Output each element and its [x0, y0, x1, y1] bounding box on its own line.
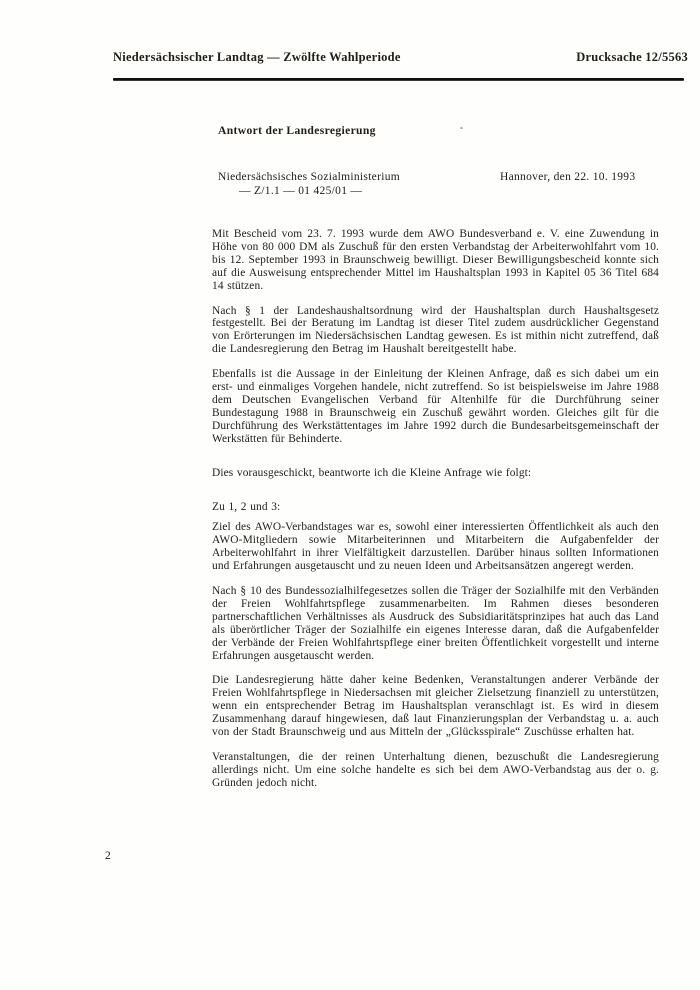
paragraph-no-objections: Die Landesregierung hätte daher keine Be… — [212, 674, 659, 739]
sender-block: Niedersächsisches Sozialministerium — Z/… — [218, 171, 400, 198]
paragraph-answer-intro: Dies vorausgeschickt, beantworte ich die… — [212, 458, 659, 480]
ministry-name: Niedersächsisches Sozialministerium — [218, 171, 400, 185]
document-title: Antwort der Landesregierung — [218, 124, 376, 137]
paragraph-precedents: Ebenfalls ist die Aussage in der Einleit… — [212, 368, 659, 445]
masthead-parliament-label: Niedersächsischer Landtag — Zwölfte Wahl… — [113, 50, 401, 65]
paragraph-entertainment-events: Veranstaltungen, die der reinen Unterhal… — [212, 751, 659, 790]
paragraph-budget-law: Nach § 1 der Landeshaushaltsordnung wird… — [212, 305, 659, 357]
file-reference: — Z/1.1 — 01 425/01 — — [218, 185, 400, 199]
paragraph-grant-decision: Mit Bescheid vom 23. 7. 1993 wurde dem A… — [212, 228, 659, 293]
answer-section-heading: Zu 1, 2 und 3: — [212, 492, 659, 514]
dateline: Hannover, den 22. 10. 1993 — [500, 171, 635, 183]
masthead-rule — [113, 78, 684, 81]
page-number: 2 — [105, 850, 111, 862]
body-text: Mit Bescheid vom 23. 7. 1993 wurde dem A… — [212, 228, 659, 802]
paragraph-bshg-cooperation: Nach § 10 des Bundessozialhilfegesetzes … — [212, 585, 659, 662]
scan-speck — [460, 127, 463, 129]
masthead-drucksache-number: Drucksache 12/5563 — [576, 50, 688, 65]
masthead: Niedersächsischer Landtag — Zwölfte Wahl… — [113, 50, 688, 65]
paragraph-goal-of-congress: Ziel des AWO-Verbandstages war es, sowoh… — [212, 521, 659, 573]
document-page: Niedersächsischer Landtag — Zwölfte Wahl… — [0, 0, 700, 990]
